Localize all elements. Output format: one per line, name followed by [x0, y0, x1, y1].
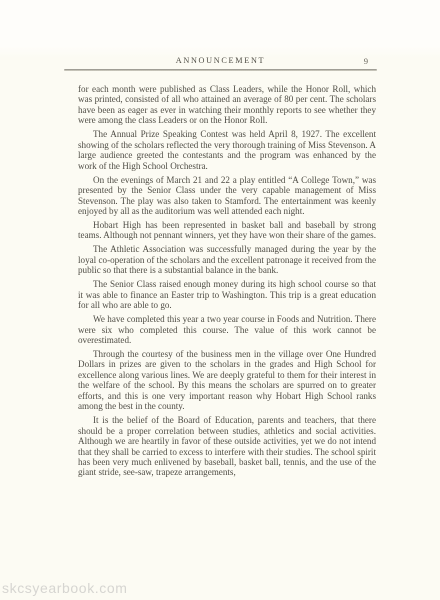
paragraph: The Athletic Association was successfull…: [78, 244, 376, 275]
watermark: skcsyearbook.com: [2, 580, 128, 596]
page-header: ANNOUNCEMENT 9: [64, 54, 377, 74]
scanned-page: ANNOUNCEMENT 9 for each month were publi…: [0, 0, 440, 600]
paragraph: The Annual Prize Speaking Contest was he…: [78, 129, 376, 171]
paragraph: We have completed this year a two year c…: [78, 314, 376, 345]
paragraph: It is the belief of the Board of Educati…: [78, 415, 376, 478]
paragraph: The Senior Class raised enough money dur…: [78, 279, 376, 310]
page-title: ANNOUNCEMENT: [64, 56, 377, 65]
page-number: 9: [364, 56, 368, 66]
paragraph: Hobart High has been represented in bask…: [78, 220, 376, 241]
paragraph: for each month were published as Class L…: [78, 84, 376, 126]
header-rule: [64, 69, 377, 71]
body-text: for each month were published as Class L…: [78, 84, 376, 481]
paragraph: On the evenings of March 21 and 22 a pla…: [78, 175, 376, 217]
paragraph: Through the courtesy of the business men…: [78, 349, 376, 412]
